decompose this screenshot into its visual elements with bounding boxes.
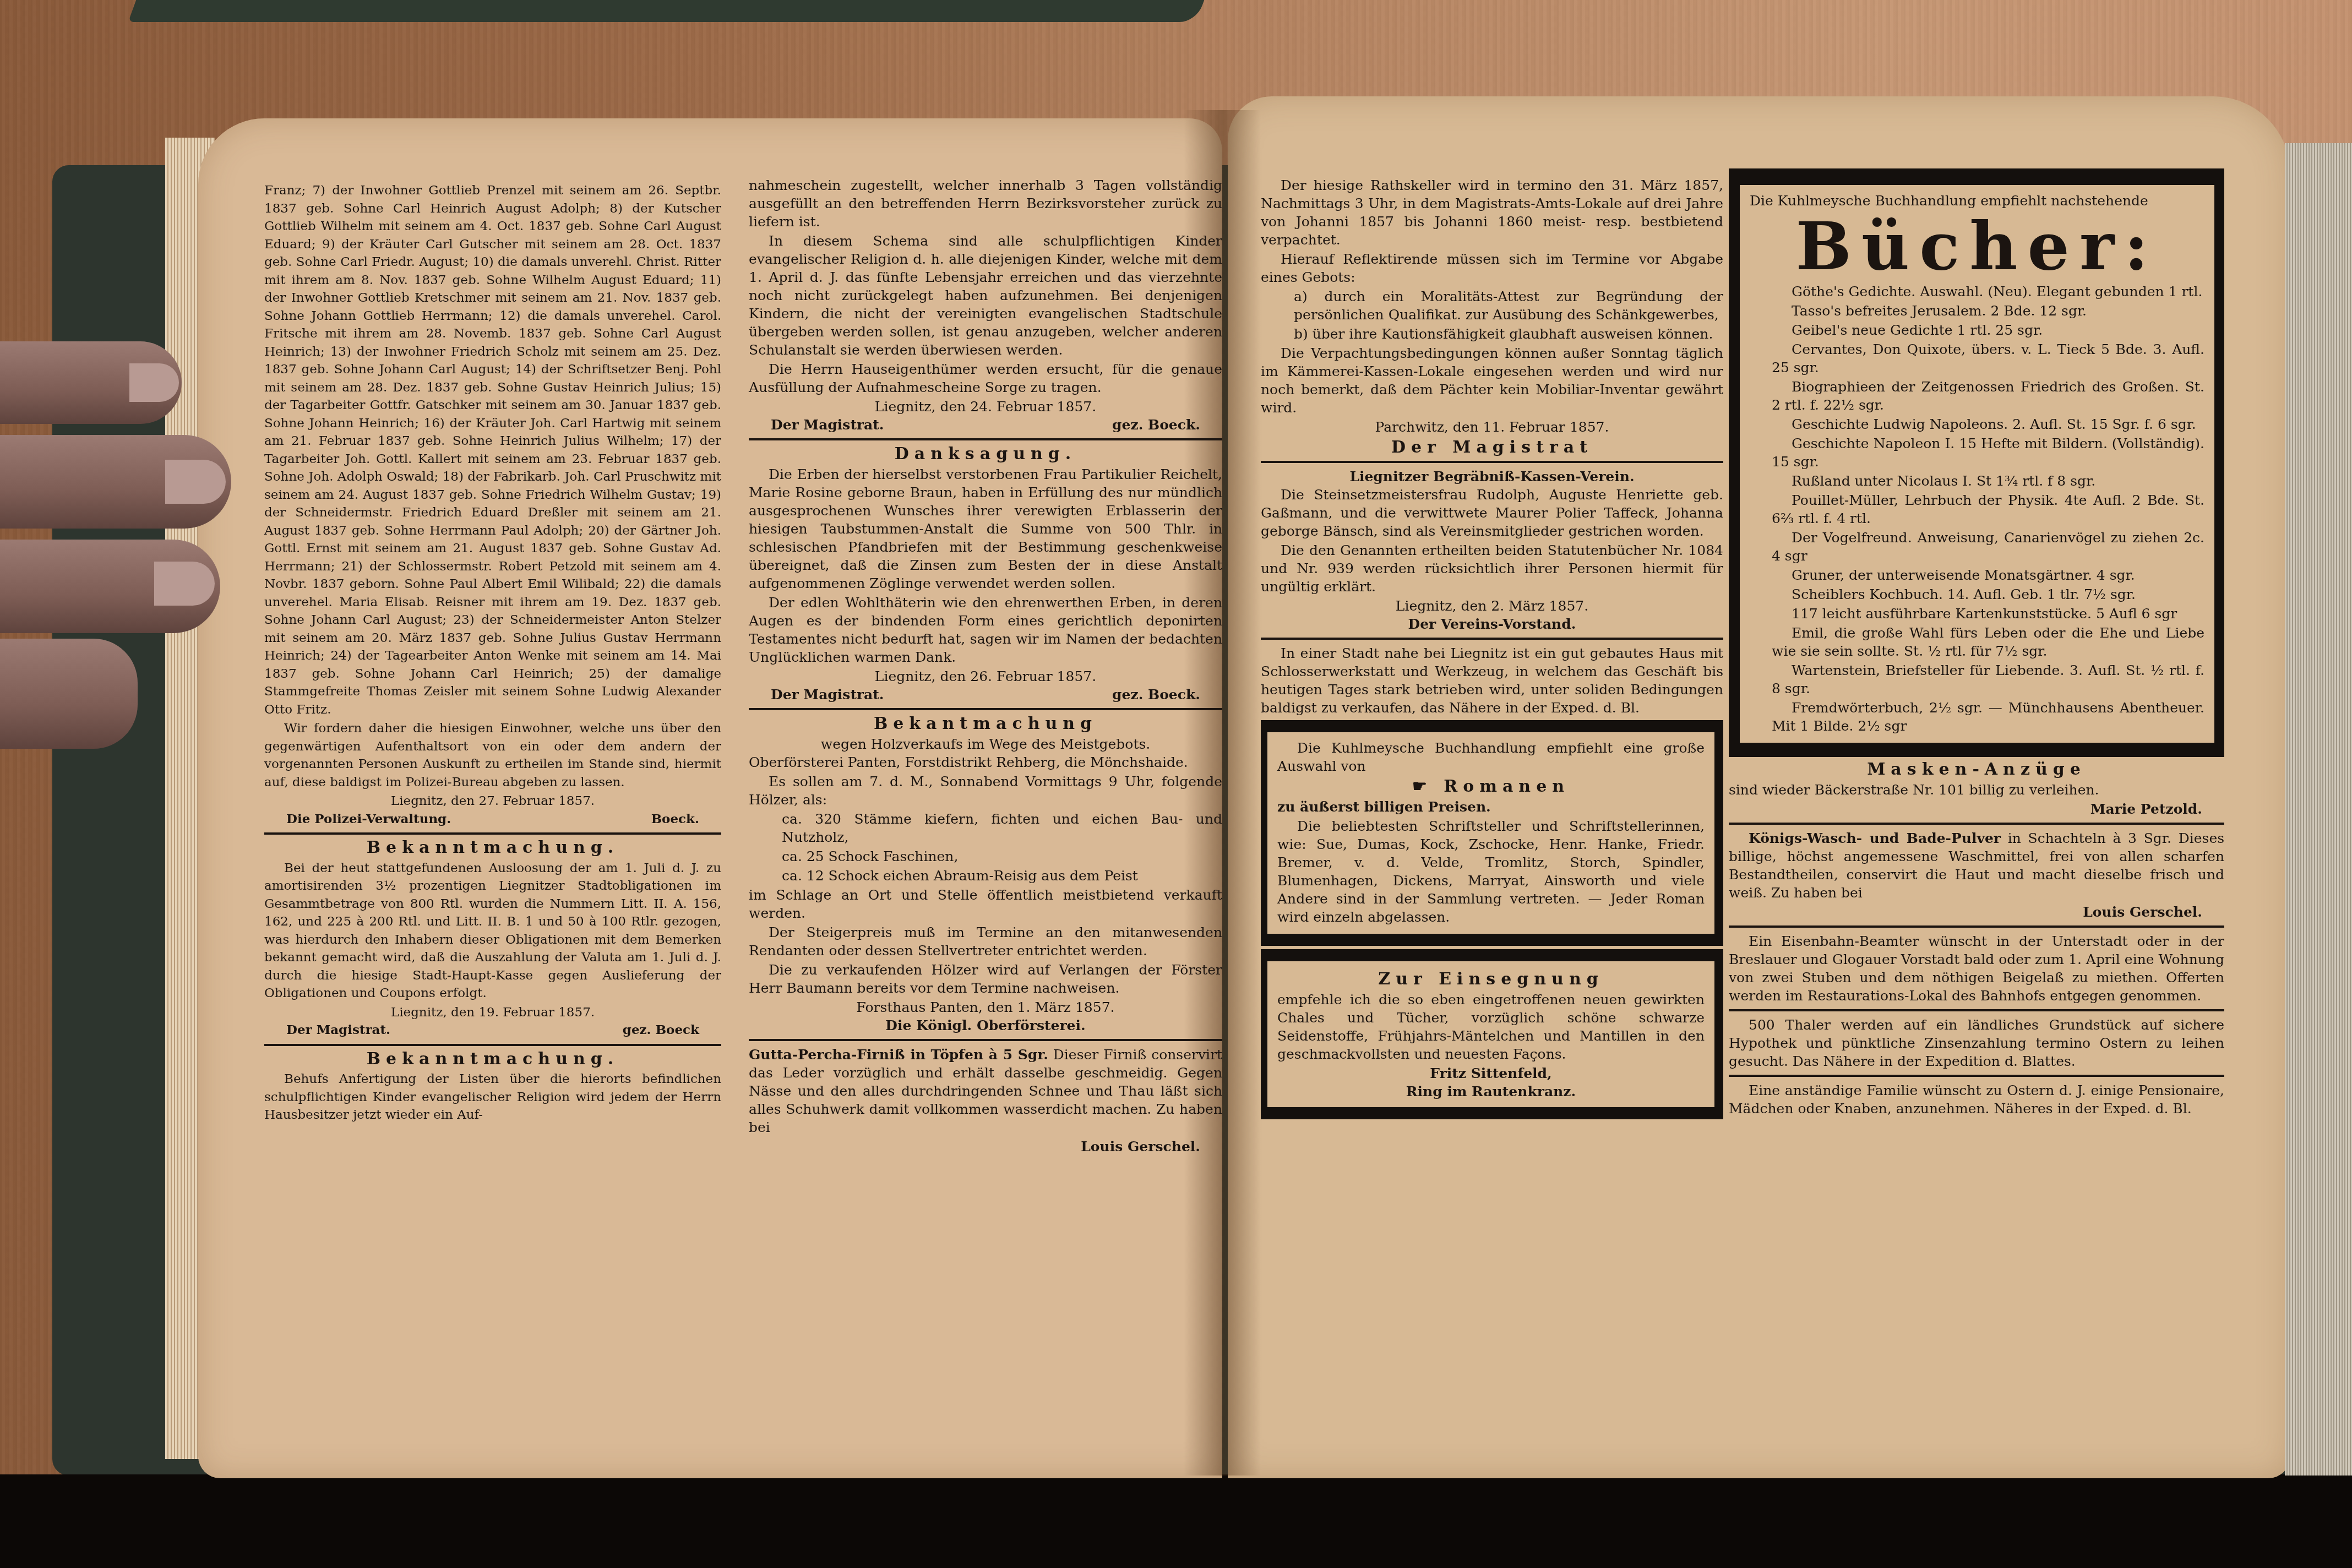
masks-ad-seller: Marie Petzold. xyxy=(1729,800,2224,818)
varnish-ad-title: Gutta-Percha-Firniß in Töpfen à 5 Sgr. xyxy=(749,1047,1048,1063)
hand xyxy=(0,341,259,782)
fingernail xyxy=(165,460,226,504)
signer: Der Magistrat. xyxy=(771,685,884,704)
book-item: Göthe's Gedichte. Auswahl. (Neu). Elegan… xyxy=(1750,282,2204,301)
loan-ad: 500 Thaler werden auf ein ländliches Gru… xyxy=(1729,1016,2224,1070)
thanks-text: Die Erben der hierselbst verstorbenen Fr… xyxy=(749,465,1222,592)
second-book-edge xyxy=(128,0,1205,22)
wood-sale-heading: Bekantmachung xyxy=(749,715,1222,733)
place-date: Liegnitz, den 19. Februar 1857. xyxy=(264,1004,721,1022)
book-item: Geschichte Ludwig Napoleons. 2. Aufl. St… xyxy=(1750,415,2204,433)
school-list-notice: Behufs Anfertigung der Listen über die h… xyxy=(264,1070,721,1124)
fingernail xyxy=(154,562,215,606)
book-item: Pouillet-Müller, Lehrbuch der Physik. 4t… xyxy=(1750,491,2204,527)
divider xyxy=(1729,823,2224,825)
right-page-column-2: Die Kuhlmeysche Buchhandlung empfiehlt n… xyxy=(1729,165,2224,1119)
house-sale-ad: In einer Stadt nahe bei Liegnitz ist ein… xyxy=(1261,644,1723,717)
requirement-b: b) über ihre Kautionsfähigkeit glaubhaft… xyxy=(1261,325,1723,343)
book-item: 117 leicht ausführbare Kartenkunststücke… xyxy=(1750,605,2204,623)
signer: Der Vereins-Vorstand. xyxy=(1261,615,1723,633)
signature: Der Magistrat. gez. Boeck. xyxy=(749,685,1222,704)
book-item: Gruner, der unterweisende Monatsgärtner.… xyxy=(1750,566,2204,584)
book-item: Scheiblers Kochbuch. 14. Aufl. Geb. 1 tl… xyxy=(1750,585,2204,603)
school-notice-continuation: nahmeschein zugestellt, welcher innerhal… xyxy=(749,176,1222,231)
wood-sale-terms: im Schlage an Ort und Stelle öffentlich … xyxy=(749,886,1222,922)
wood-item: ca. 320 Stämme kiefern, fichten und eich… xyxy=(749,810,1222,846)
signer-name: gez. Boeck. xyxy=(1112,685,1200,704)
signer: Die Königl. Oberförsterei. xyxy=(749,1016,1222,1035)
books-ad-box: Die Kuhlmeysche Buchhandlung empfiehlt n… xyxy=(1729,168,2224,757)
burial-fund-text-2: Die den Genannten ertheilten beiden Stat… xyxy=(1261,541,1723,596)
signer: Die Polizei-Verwaltung. xyxy=(286,810,451,829)
rathskeller-lease-notice: Der hiesige Rathskeller wird in termino … xyxy=(1261,176,1723,249)
book-item: Der Vogelfreund. Anweisung, Canarienvöge… xyxy=(1750,529,2204,565)
notice-heading: Bekanntmachung. xyxy=(264,839,721,857)
book-item: Cervantes, Don Quixote, übers. v. L. Tie… xyxy=(1750,340,2204,377)
right-page-column-1: Der hiesige Rathskeller wird in termino … xyxy=(1261,176,1723,1123)
novels-ad-box: Die Kuhlmeysche Buchhandlung empfiehlt e… xyxy=(1261,720,1723,946)
powder-ad-title: Königs-Wasch- und Bade-Pulver xyxy=(1749,830,2001,846)
book-item: Emil, die große Wahl fürs Leben oder die… xyxy=(1750,624,2204,660)
masks-ad-title: Masken-Anzüge xyxy=(1729,760,2224,778)
burial-fund-heading: Liegnitzer Begräbniß-Kassen-Verein. xyxy=(1261,467,1723,486)
divider xyxy=(1729,1009,2224,1011)
divider xyxy=(1261,461,1723,463)
left-page-column-2: nahmeschein zugestellt, welcher innerhal… xyxy=(749,176,1222,1156)
wood-item: ca. 25 Schock Faschinen, xyxy=(749,847,1222,865)
divider xyxy=(749,1039,1222,1041)
divider xyxy=(264,832,721,835)
signer: Der Magistrat xyxy=(1261,438,1723,456)
requirement-a: a) durch ein Moralitäts-Attest zur Begrü… xyxy=(1261,287,1723,324)
signature: Der Magistrat. gez. Boeck xyxy=(264,1021,721,1039)
signer: Der Magistrat. xyxy=(286,1021,390,1039)
signer-name: gez. Boeck. xyxy=(1112,416,1200,434)
place-date: Liegnitz, den 27. Februar 1857. xyxy=(264,792,721,810)
missing-persons-list: Franz; 7) der Inwohner Gottlieb Prenzel … xyxy=(264,182,721,718)
novels-ad-title: ☛ Romanen xyxy=(1277,777,1705,796)
divider xyxy=(264,1044,721,1046)
book-item: Geschichte Napoleon I. 15 Hefte mit Bild… xyxy=(1750,434,2204,471)
pointing-hand-icon: ☛ xyxy=(1412,777,1444,796)
powder-ad-seller: Louis Gerschel. xyxy=(1729,903,2224,921)
confirmation-ad-box: Zur Einsegnung empfehle ich die so eben … xyxy=(1261,949,1723,1119)
wood-sale-subheading: wegen Holzverkaufs im Wege des Meistgebo… xyxy=(749,735,1222,753)
book-item: Wartenstein, Briefsteller für Liebende. … xyxy=(1750,661,2204,698)
novels-ad-intro: Die Kuhlmeysche Buchhandlung empfiehlt e… xyxy=(1277,739,1705,775)
novels-ad-text: Die beliebtesten Schriftsteller und Schr… xyxy=(1277,817,1705,926)
divider xyxy=(1261,638,1723,640)
divider xyxy=(749,438,1222,440)
divider xyxy=(749,708,1222,710)
wood-sale-intro: Es sollen am 7. d. M., Sonnabend Vormitt… xyxy=(749,772,1222,809)
books-ad-title: Bücher: xyxy=(1750,211,2204,282)
signer: Der Magistrat. xyxy=(771,416,884,434)
thanks-text-2: Der edlen Wohlthäterin wie den ehrenwert… xyxy=(749,594,1222,666)
fingernail xyxy=(129,363,179,402)
wood-item: ca. 12 Schock eichen Abraum-Reisig aus d… xyxy=(749,867,1222,885)
left-page-column-1: Franz; 7) der Inwohner Gottlieb Prenzel … xyxy=(264,182,721,1125)
boarding-family-ad: Eine anständige Familie wünscht zu Oster… xyxy=(1729,1081,2224,1118)
signer-name: gez. Boeck xyxy=(623,1021,699,1039)
varnish-ad-seller: Louis Gerschel. xyxy=(749,1137,1222,1156)
bond-lottery-notice: Bei der heut stattgefundenen Ausloosung … xyxy=(264,859,721,1003)
confirmation-ad-text: empfehle ich die so eben eingetroffenen … xyxy=(1277,990,1705,1063)
place-date: Liegnitz, den 2. März 1857. xyxy=(1261,597,1723,615)
rathskeller-conditions: Die Verpachtungsbedingungen können außer… xyxy=(1261,344,1723,417)
confirmation-ad-seller: Fritz Sittenfeld, xyxy=(1277,1064,1705,1082)
wood-sale-location: Oberförsterei Panten, Forstdistrikt Rehb… xyxy=(749,753,1222,771)
railway-official-ad: Ein Eisenbahn-Beamter wünscht in der Unt… xyxy=(1729,932,2224,1005)
notice-heading: Bekanntmachung. xyxy=(264,1050,721,1069)
novels-ad-title-text: Romanen xyxy=(1444,777,1570,796)
school-notice-schema: In diesem Schema sind alle schulpflichti… xyxy=(749,232,1222,359)
shadow-below-book xyxy=(0,1474,2352,1568)
finger xyxy=(0,639,138,749)
confirmation-ad-address: Ring im Rautenkranz. xyxy=(1277,1082,1705,1101)
right-page-stack xyxy=(2285,143,2352,1476)
thanks-heading: Danksagung. xyxy=(749,445,1222,463)
place-date: Forsthaus Panten, den 1. März 1857. xyxy=(749,998,1222,1016)
masks-ad-text: sind wieder Bäckerstraße Nr. 101 billig … xyxy=(1729,781,2224,799)
book-item: Geibel's neue Gedichte 1 rtl. 25 sgr. xyxy=(1750,321,2204,339)
missing-persons-request: Wir fordern daher die hiesigen Einwohner… xyxy=(264,720,721,791)
rathskeller-requirements: Hierauf Reflektirende müssen sich im Ter… xyxy=(1261,250,1723,286)
place-date: Liegnitz, den 24. Februar 1857. xyxy=(749,398,1222,416)
signature: Der Magistrat. gez. Boeck. xyxy=(749,416,1222,434)
book-item: Tasso's befreites Jerusalem. 2 Bde. 12 s… xyxy=(1750,302,2204,320)
book-item: Fremdwörterbuch, 2½ sgr. — Münchhausens … xyxy=(1750,699,2204,735)
novels-ad-subtitle: zu äußerst billigen Preisen. xyxy=(1277,798,1705,816)
book-item: Biographieen der Zeitgenossen Friedrich … xyxy=(1750,378,2204,414)
place-date: Parchwitz, den 11. Februar 1857. xyxy=(1261,418,1723,436)
wood-sale-price: Der Steigerpreis muß im Termine an den m… xyxy=(749,923,1222,960)
signer-name: Boeck. xyxy=(651,810,699,829)
place-date: Liegnitz, den 26. Februar 1857. xyxy=(749,667,1222,685)
divider xyxy=(1729,925,2224,928)
wood-sale-viewing: Die zu verkaufenden Hölzer wird auf Verl… xyxy=(749,961,1222,997)
book-item: Rußland unter Nicolaus I. St 1¾ rtl. f 8… xyxy=(1750,472,2204,490)
confirmation-ad-title: Zur Einsegnung xyxy=(1277,970,1705,988)
burial-fund-text: Die Steinsetzmeistersfrau Rudolph, Augus… xyxy=(1261,486,1723,540)
school-notice-owners: Die Herrn Hauseigenthümer werden ersucht… xyxy=(749,360,1222,396)
signature: Die Polizei-Verwaltung. Boeck. xyxy=(264,810,721,829)
divider xyxy=(1729,1075,2224,1077)
